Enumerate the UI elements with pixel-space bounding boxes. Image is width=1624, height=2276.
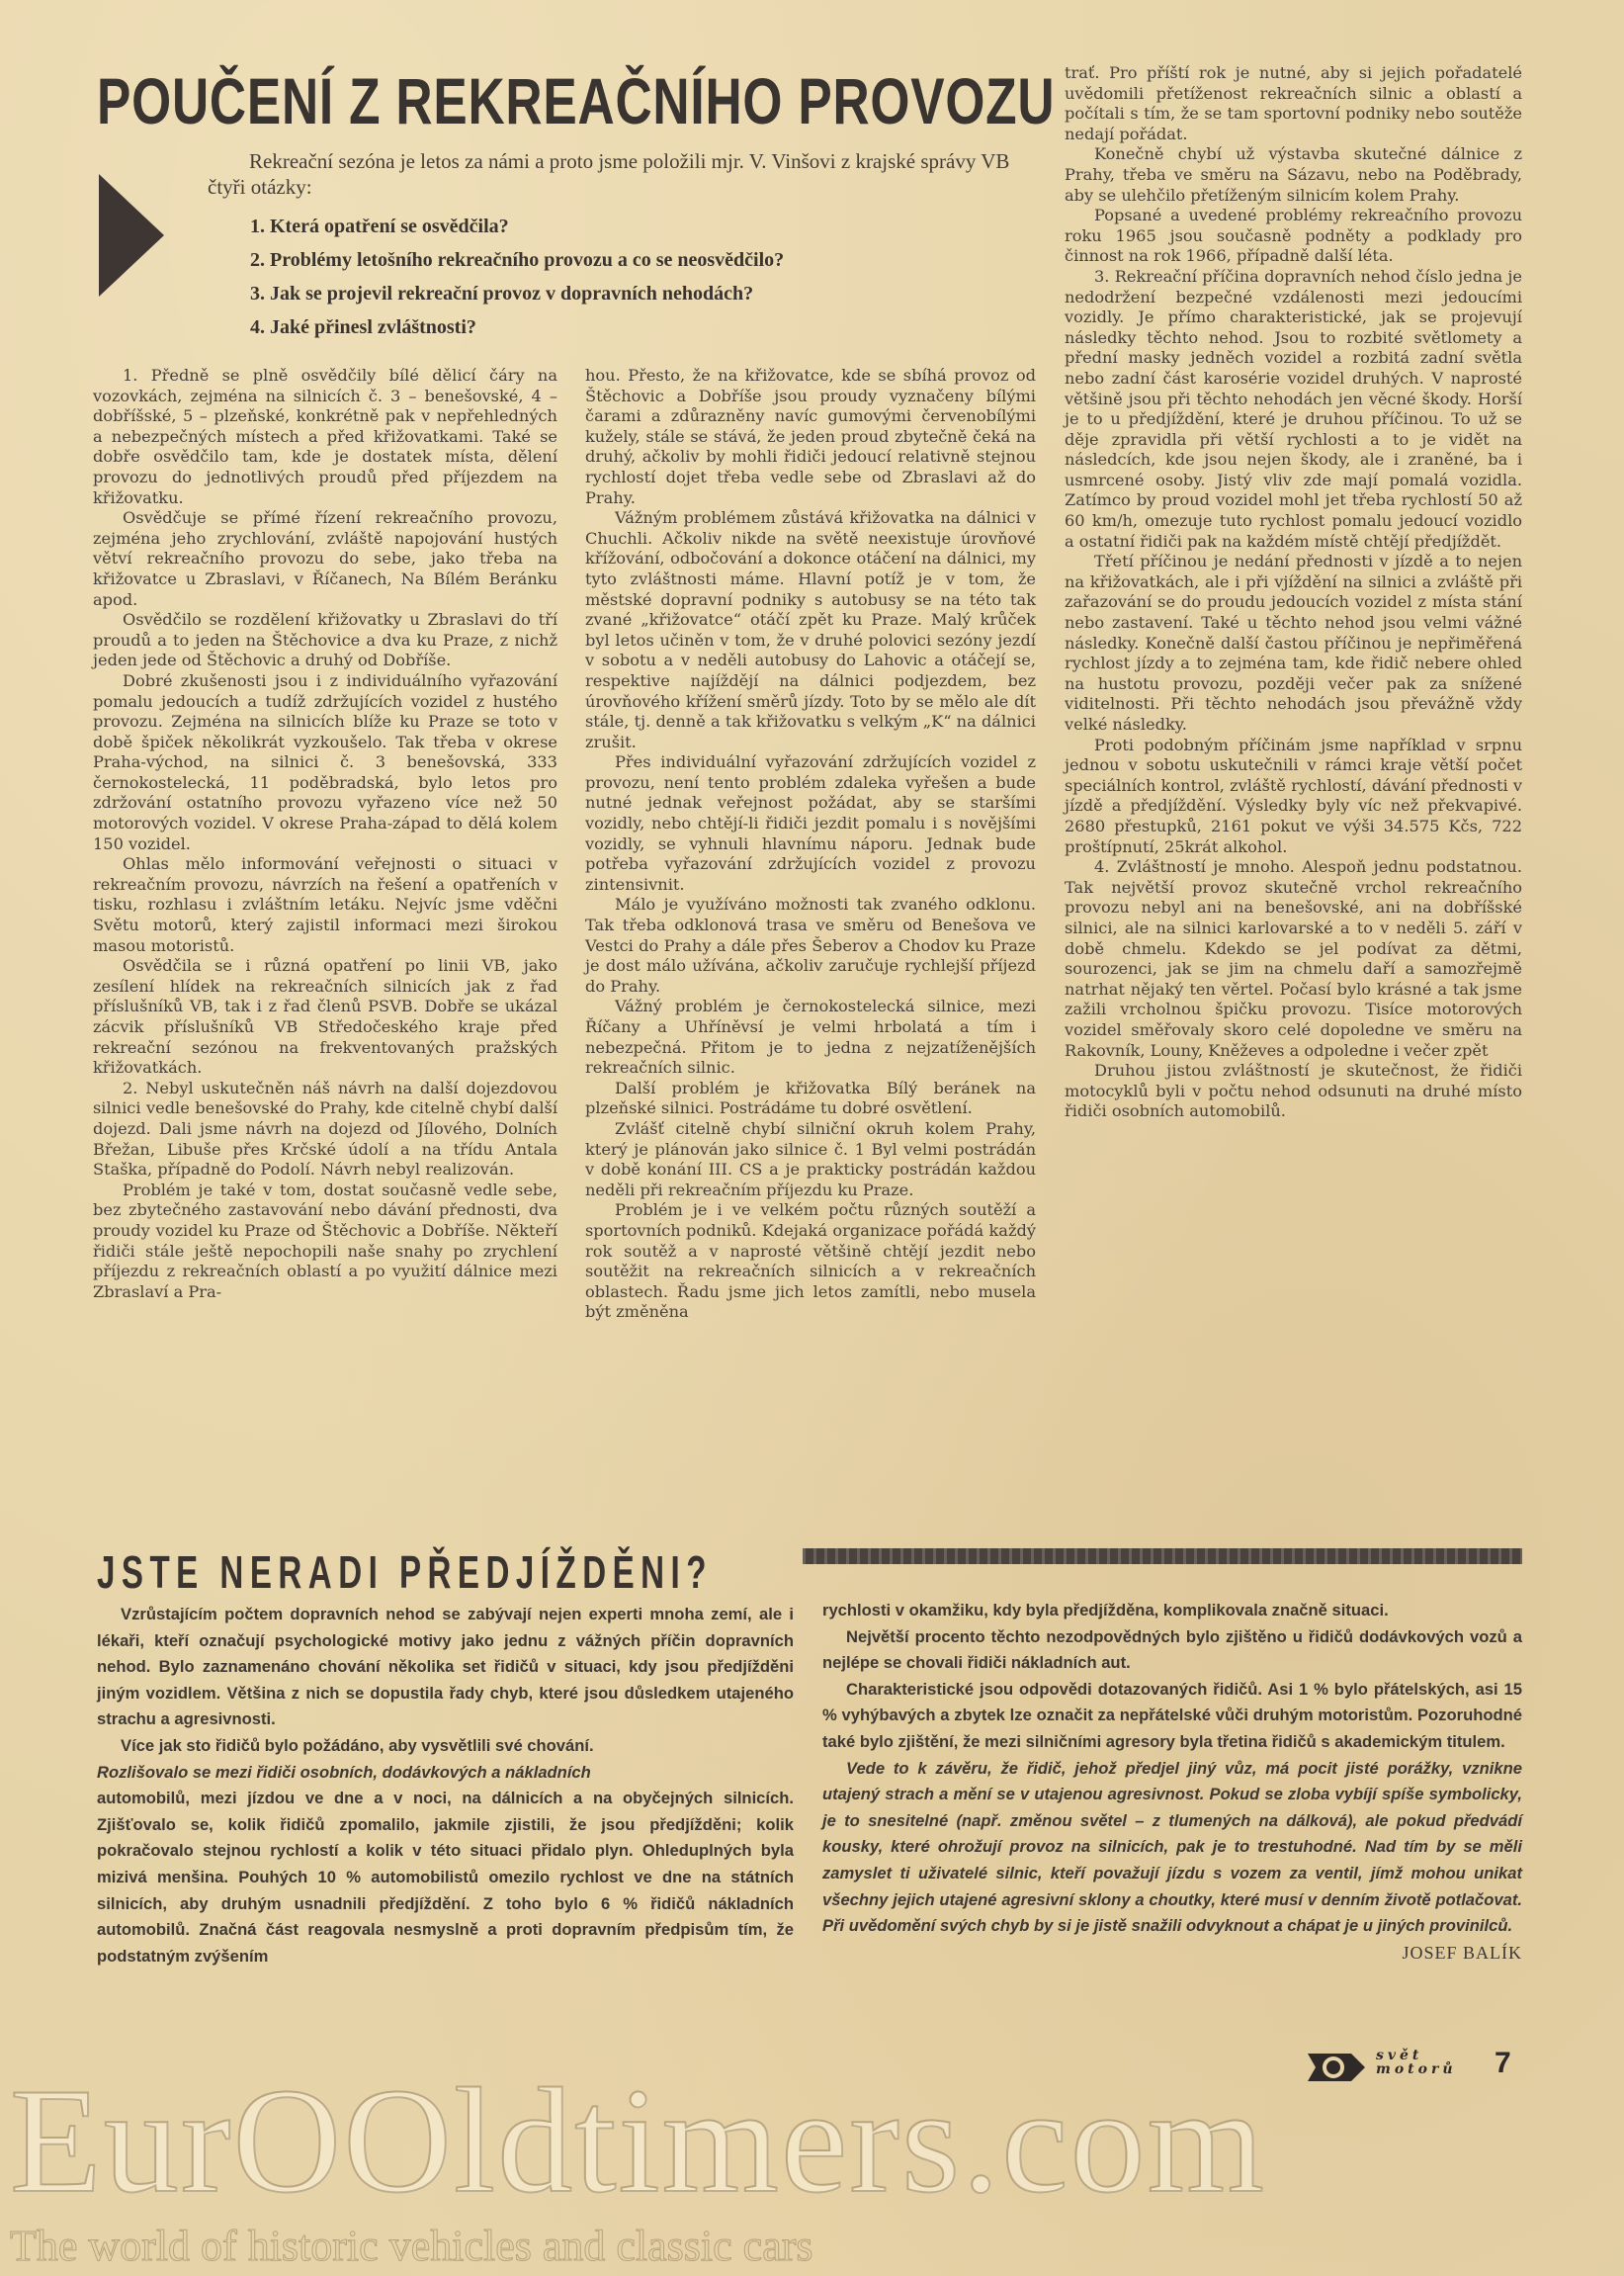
paragraph: rychlosti v okamžiku, kdy byla předjíždě… <box>822 1598 1522 1624</box>
paragraph: trať. Pro příští rok je nutné, aby si je… <box>1065 63 1522 144</box>
watermark-site: EurOOldtimers.com <box>10 2057 1266 2225</box>
article-column-2: hou. Přesto, že na křižovatce, kde se sb… <box>585 366 1036 1323</box>
paragraph: Osvědčilo se rozdělení křižovatky u Zbra… <box>93 610 557 671</box>
watermark-tagline: The world of historic vehicles and class… <box>10 2223 813 2270</box>
article-column-1: 1. Předně se plně osvědčily bílé dělicí … <box>93 366 557 1302</box>
paragraph: Osvědčuje se přímé řízení rekreačního pr… <box>93 508 557 610</box>
paragraph: Vzrůstajícím počtem dopravních nehod se … <box>97 1602 794 1733</box>
article-column-1: Vzrůstajícím počtem dopravních nehod se … <box>97 1602 794 1970</box>
paragraph: automobilů, mezi jízdou ve dne a v noci,… <box>97 1786 794 1970</box>
paragraph: Dobré zkušenosti jsou i z individuálního… <box>93 671 557 854</box>
question-item: 4. Jaké přinesl zvláštnosti? <box>250 310 1041 344</box>
arrow-right-icon <box>99 174 164 297</box>
paragraph: 1. Předně se plně osvědčily bílé dělicí … <box>93 366 557 508</box>
question-item: 2. Problémy letošního rekreačního provoz… <box>250 243 1041 277</box>
paragraph: Rozlišovalo se mezi řidiči osobních, dod… <box>97 1760 794 1787</box>
page-number: 7 <box>1495 2047 1511 2080</box>
paragraph: Ohlas mělo informování veřejnosti o situ… <box>93 854 557 956</box>
article-column-2: rychlosti v okamžiku, kdy byla předjíždě… <box>822 1598 1522 1966</box>
article-title: POUČENÍ Z REKREAČNÍHO PROVOZU <box>97 61 825 140</box>
paragraph: Druhou jistou zvláštností je skutečnost,… <box>1065 1061 1522 1122</box>
paragraph: Největší procento těchto nezodpovědných … <box>822 1624 1522 1677</box>
paragraph: Proti podobným příčinám jsme například v… <box>1065 736 1522 858</box>
article-column-3: trať. Pro příští rok je nutné, aby si je… <box>1065 63 1522 1122</box>
paragraph: Málo je využíváno možnosti tak zvaného o… <box>585 895 1036 997</box>
paragraph: Charakteristické jsou odpovědi dotazovan… <box>822 1677 1522 1756</box>
paragraph: Vážný problém je černokostelecká silnice… <box>585 997 1036 1078</box>
paragraph: Osvědčila se i různá opatření po linii V… <box>93 956 557 1079</box>
paragraph: Vede to k závěru, že řidič, jehož předje… <box>822 1756 1522 1940</box>
article-intro: Rekreační sezóna je letos za námi a prot… <box>208 148 1038 200</box>
heading-rule <box>803 1548 1522 1564</box>
paragraph: Třetí příčinou je nedání přednosti v jíz… <box>1065 552 1522 735</box>
paragraph: Přes individuální vyřazování zdržujících… <box>585 752 1036 895</box>
paragraph: Problém je i ve velkém počtu různých sou… <box>585 1200 1036 1323</box>
paragraph: Konečně chybí už výstavba skutečné dálni… <box>1065 144 1522 206</box>
author-name: JOSEF BALÍK <box>1378 1940 1522 1967</box>
question-item: 1. Která opatření se osvědčila? <box>250 210 1041 243</box>
article-title: JSTE NERADI PŘEDJÍŽDĚNI? <box>97 1544 713 1600</box>
italic-text: Vede to k závěru, že řidič, jehož předje… <box>822 1759 1522 1936</box>
svet-motoru-logo-icon <box>1308 2052 1367 2083</box>
paragraph: 4. Zvláštností je mnoho. Alespoň jednu p… <box>1065 857 1522 1061</box>
paragraph: 2. Nebyl uskutečněn náš návrh na další d… <box>93 1079 557 1181</box>
paragraph: Vážným problémem zůstává křižovatka na d… <box>585 508 1036 752</box>
question-item: 3. Jak se projevil rekreační provoz v do… <box>250 277 1041 310</box>
question-list: 1. Která opatření se osvědčila? 2. Probl… <box>250 210 1041 344</box>
paragraph: Problém je také v tom, dostat současně v… <box>93 1181 557 1303</box>
magazine-name: svět motorů <box>1376 2049 1457 2076</box>
paragraph: Další problém je křižovatka Bílý beránek… <box>585 1079 1036 1119</box>
paragraph: hou. Přesto, že na křižovatce, kde se sb… <box>585 366 1036 508</box>
italic-text: Rozlišovalo se mezi řidiči osobních, dod… <box>97 1763 591 1782</box>
paragraph: 3. Rekreační příčina dopravních nehod čí… <box>1065 267 1522 552</box>
paragraph: Zvlášť citelně chybí silniční okruh kole… <box>585 1119 1036 1200</box>
paragraph: Popsané a uvedené problémy rekreačního p… <box>1065 206 1522 267</box>
paragraph: Více jak sto řidičů bylo požádáno, aby v… <box>97 1733 794 1760</box>
